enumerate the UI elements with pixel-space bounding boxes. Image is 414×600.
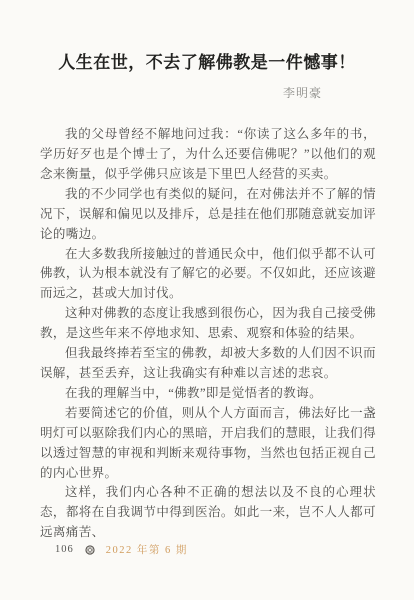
article-paragraph: 我的父母曾经不解地问过我：“你读了这么多年的书，学历好歹也是个博士了，为什么还要… bbox=[40, 125, 376, 185]
article-title: 人生在世，不去了解佛教是一件憾事！ bbox=[0, 0, 414, 74]
article-paragraph: 若要简述它的价值，则从个人方面而言，佛法好比一盏明灯可以驱除我们内心的黑暗，开启… bbox=[40, 404, 376, 484]
page-footer: 106 2022 年第 6 期 bbox=[55, 542, 188, 557]
article-paragraph: 在大多数我所接触过的普通民众中，他们似乎都不认可佛教，认为根本就没有了解它的必要… bbox=[40, 245, 376, 305]
magazine-page: 人生在世，不去了解佛教是一件憾事！ 李明豪 我的父母曾经不解地问过我：“你读了这… bbox=[0, 0, 414, 600]
article-author: 李明豪 bbox=[0, 74, 414, 101]
article-paragraph: 在我的理解当中，“佛教”即是觉悟者的教诲。 bbox=[40, 384, 376, 404]
article-paragraph: 这种对佛教的态度让我感到很伤心，因为我自己接受佛教，是这些年来不停地求知、思索、… bbox=[40, 304, 376, 344]
article-paragraph: 我的不少同学也有类似的疑问，在对佛法并不了解的情况下，误解和偏见以及排斥，总是挂… bbox=[40, 185, 376, 245]
article-paragraph: 但我最终捧若至宝的佛教，却被大多数的人们因不识而误解，甚至丢弃，这让我确实有种难… bbox=[40, 344, 376, 384]
article-paragraph: 这样，我们内心各种不正确的想法以及不良的心理状态，都将在自我调节中得到医治。如此… bbox=[40, 483, 376, 543]
article-body: 我的父母曾经不解地问过我：“你读了这么多年的书，学历好歹也是个博士了，为什么还要… bbox=[0, 101, 414, 543]
issue-label: 2022 年第 6 期 bbox=[106, 542, 188, 557]
page-number: 106 bbox=[55, 544, 74, 555]
dharma-wheel-icon bbox=[85, 545, 95, 555]
